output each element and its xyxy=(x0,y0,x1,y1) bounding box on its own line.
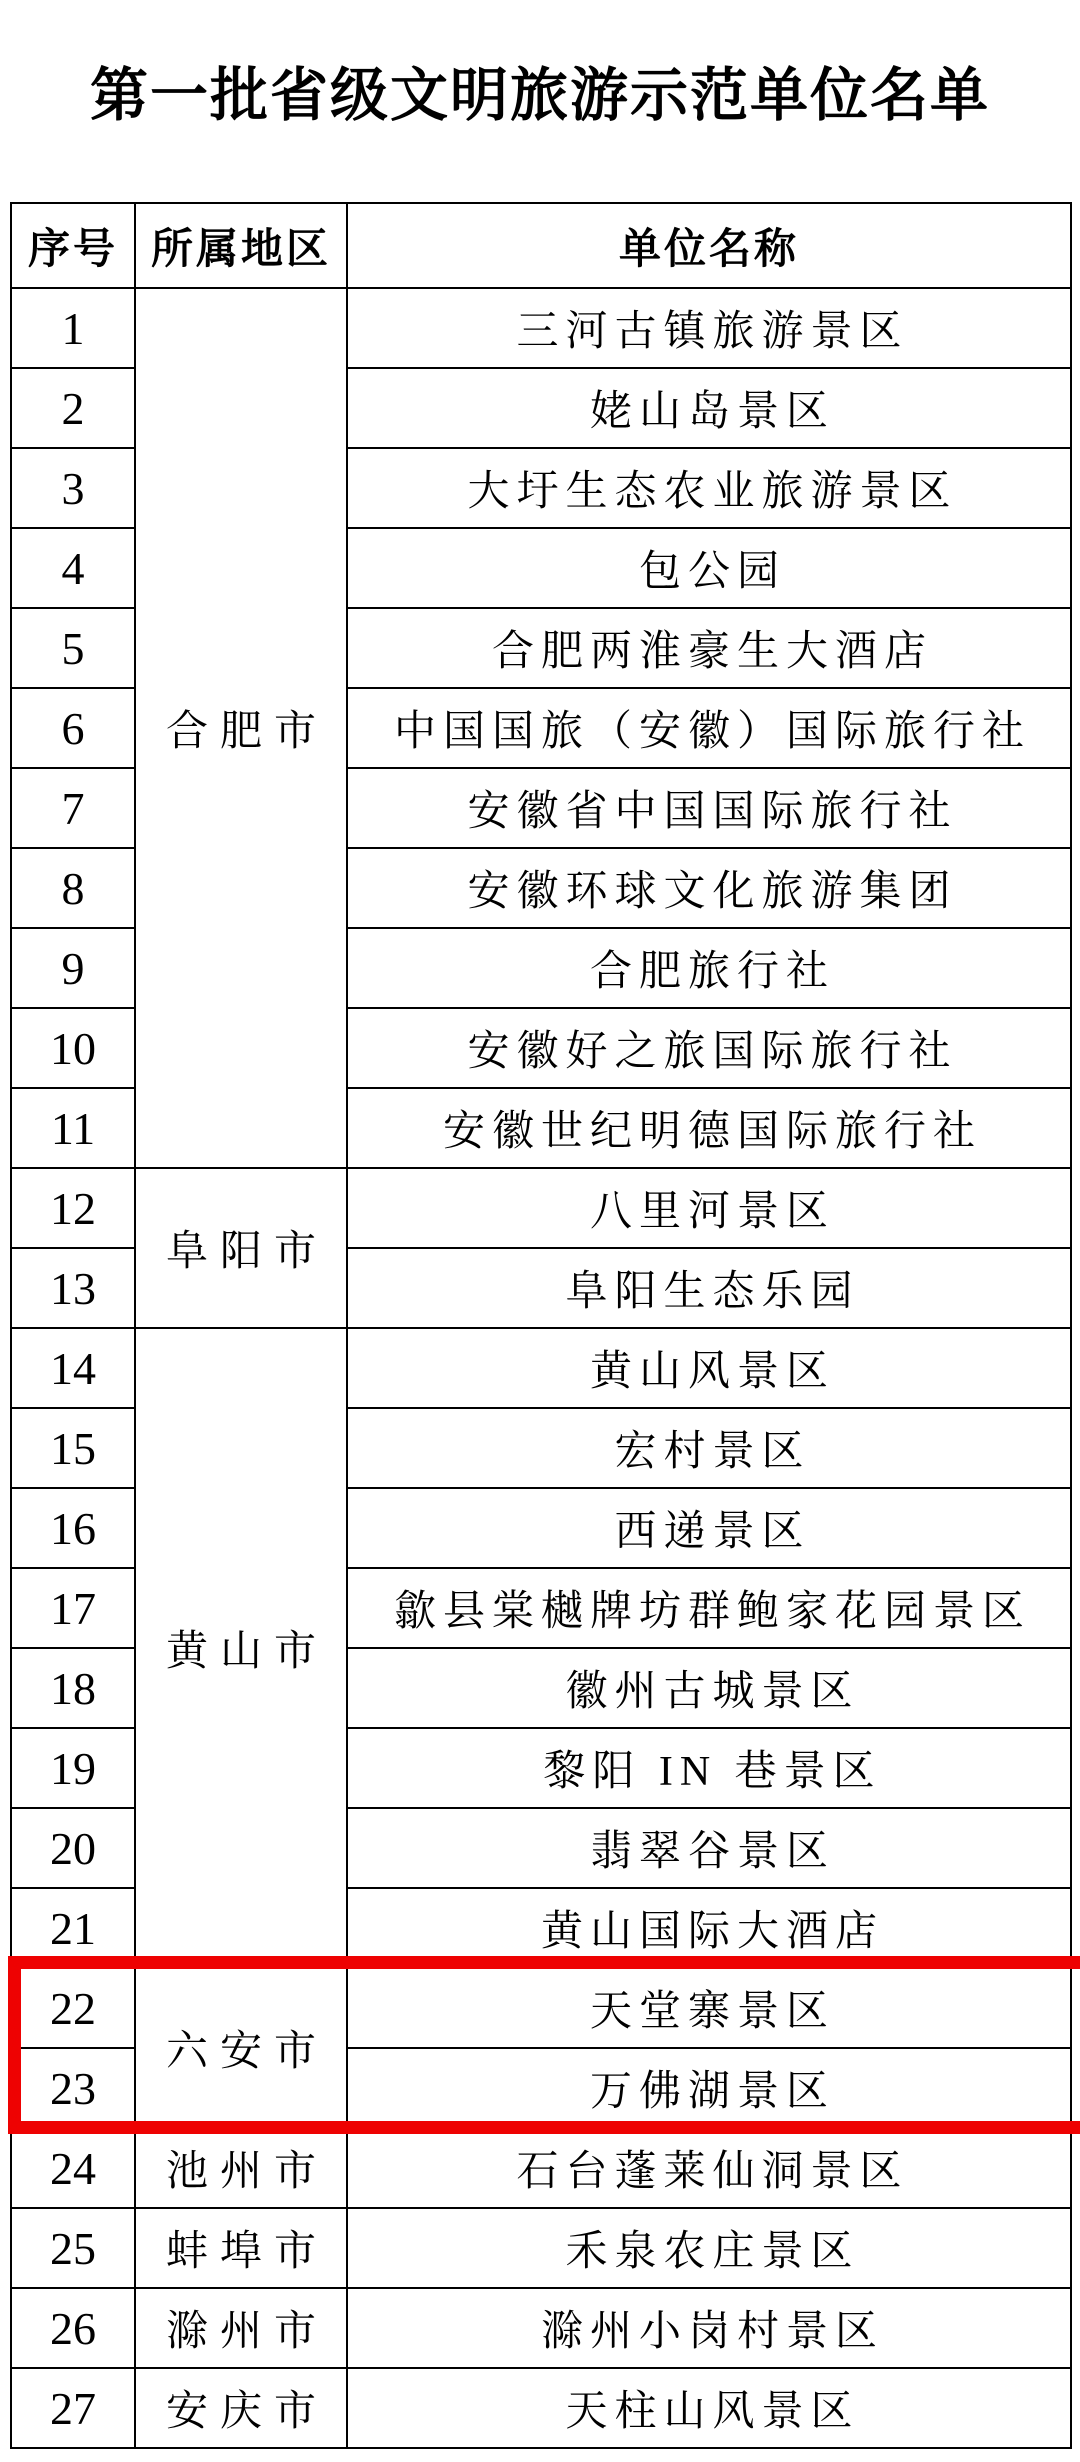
table-row: 14黄山市黄山风景区 xyxy=(11,1328,1071,1408)
unit-name-cell: 万佛湖景区 xyxy=(347,2048,1071,2128)
region-cell: 滁州市 xyxy=(135,2288,347,2368)
row-number: 21 xyxy=(11,1888,135,1968)
unit-name-cell: 八里河景区 xyxy=(347,1168,1071,1248)
unit-name-cell: 合肥旅行社 xyxy=(347,928,1071,1008)
unit-name-cell: 阜阳生态乐园 xyxy=(347,1248,1071,1328)
unit-name-cell: 安徽环球文化旅游集团 xyxy=(347,848,1071,928)
row-number: 12 xyxy=(11,1168,135,1248)
header-no: 序号 xyxy=(11,203,135,288)
region-cell: 合肥市 xyxy=(135,288,347,1168)
unit-name-cell: 黄山风景区 xyxy=(347,1328,1071,1408)
unit-name-cell: 三河古镇旅游景区 xyxy=(347,288,1071,368)
unit-name-cell: 大圩生态农业旅游景区 xyxy=(347,448,1071,528)
region-cell: 黄山市 xyxy=(135,1328,347,1968)
unit-name-cell: 徽州古城景区 xyxy=(347,1648,1071,1728)
row-number: 4 xyxy=(11,528,135,608)
unit-name-cell: 天柱山风景区 xyxy=(347,2368,1071,2448)
unit-name-cell: 石台蓬莱仙洞景区 xyxy=(347,2128,1071,2208)
row-number: 15 xyxy=(11,1408,135,1488)
table-row: 27安庆市天柱山风景区 xyxy=(11,2368,1071,2448)
unit-name-cell: 西递景区 xyxy=(347,1488,1071,1568)
row-number: 25 xyxy=(11,2208,135,2288)
row-number: 7 xyxy=(11,768,135,848)
table-row: 22六安市天堂寨景区 xyxy=(11,1968,1071,2048)
region-cell: 池州市 xyxy=(135,2128,347,2208)
row-number: 10 xyxy=(11,1008,135,1088)
unit-name-cell: 安徽世纪明德国际旅行社 xyxy=(347,1088,1071,1168)
unit-name-cell: 黎阳 IN 巷景区 xyxy=(347,1728,1071,1808)
unit-name-cell: 合肥两淮豪生大酒店 xyxy=(347,608,1071,688)
row-number: 16 xyxy=(11,1488,135,1568)
row-number: 22 xyxy=(11,1968,135,2048)
row-number: 8 xyxy=(11,848,135,928)
row-number: 17 xyxy=(11,1568,135,1648)
unit-name-cell: 中国国旅（安徽）国际旅行社 xyxy=(347,688,1071,768)
table-row: 24池州市石台蓬莱仙洞景区 xyxy=(11,2128,1071,2208)
region-cell: 蚌埠市 xyxy=(135,2208,347,2288)
table-header-row: 序号 所属地区 单位名称 xyxy=(11,203,1071,288)
row-number: 27 xyxy=(11,2368,135,2448)
table-row: 26滁州市滁州小岗村景区 xyxy=(11,2288,1071,2368)
page-title: 第一批省级文明旅游示范单位名单 xyxy=(0,0,1080,140)
header-unit: 单位名称 xyxy=(347,203,1071,288)
row-number: 3 xyxy=(11,448,135,528)
region-cell: 安庆市 xyxy=(135,2368,347,2448)
units-table-body: 1合肥市三河古镇旅游景区2姥山岛景区3大圩生态农业旅游景区4包公园5合肥两淮豪生… xyxy=(11,288,1071,2448)
row-number: 19 xyxy=(11,1728,135,1808)
row-number: 20 xyxy=(11,1808,135,1888)
unit-name-cell: 歙县棠樾牌坊群鲍家花园景区 xyxy=(347,1568,1071,1648)
row-number: 13 xyxy=(11,1248,135,1328)
row-number: 2 xyxy=(11,368,135,448)
region-cell: 阜阳市 xyxy=(135,1168,347,1328)
unit-name-cell: 翡翠谷景区 xyxy=(347,1808,1071,1888)
row-number: 23 xyxy=(11,2048,135,2128)
unit-name-cell: 滁州小岗村景区 xyxy=(347,2288,1071,2368)
row-number: 26 xyxy=(11,2288,135,2368)
row-number: 14 xyxy=(11,1328,135,1408)
table-row: 1合肥市三河古镇旅游景区 xyxy=(11,288,1071,368)
header-region: 所属地区 xyxy=(135,203,347,288)
row-number: 18 xyxy=(11,1648,135,1728)
region-cell: 六安市 xyxy=(135,1968,347,2128)
row-number: 9 xyxy=(11,928,135,1008)
row-number: 1 xyxy=(11,288,135,368)
unit-name-cell: 天堂寨景区 xyxy=(347,1968,1071,2048)
row-number: 6 xyxy=(11,688,135,768)
unit-name-cell: 包公园 xyxy=(347,528,1071,608)
row-number: 24 xyxy=(11,2128,135,2208)
unit-name-cell: 禾泉农庄景区 xyxy=(347,2208,1071,2288)
unit-name-cell: 黄山国际大酒店 xyxy=(347,1888,1071,1968)
unit-name-cell: 安徽省中国国际旅行社 xyxy=(347,768,1071,848)
unit-name-cell: 姥山岛景区 xyxy=(347,368,1071,448)
row-number: 5 xyxy=(11,608,135,688)
row-number: 11 xyxy=(11,1088,135,1168)
table-row: 25蚌埠市禾泉农庄景区 xyxy=(11,2208,1071,2288)
table-row: 12阜阳市八里河景区 xyxy=(11,1168,1071,1248)
units-table: 序号 所属地区 单位名称 1合肥市三河古镇旅游景区2姥山岛景区3大圩生态农业旅游… xyxy=(10,202,1072,2449)
unit-name-cell: 安徽好之旅国际旅行社 xyxy=(347,1008,1071,1088)
unit-name-cell: 宏村景区 xyxy=(347,1408,1071,1488)
document-page: 第一批省级文明旅游示范单位名单 序号 所属地区 单位名称 1合肥市三河古镇旅游景… xyxy=(0,0,1080,2462)
